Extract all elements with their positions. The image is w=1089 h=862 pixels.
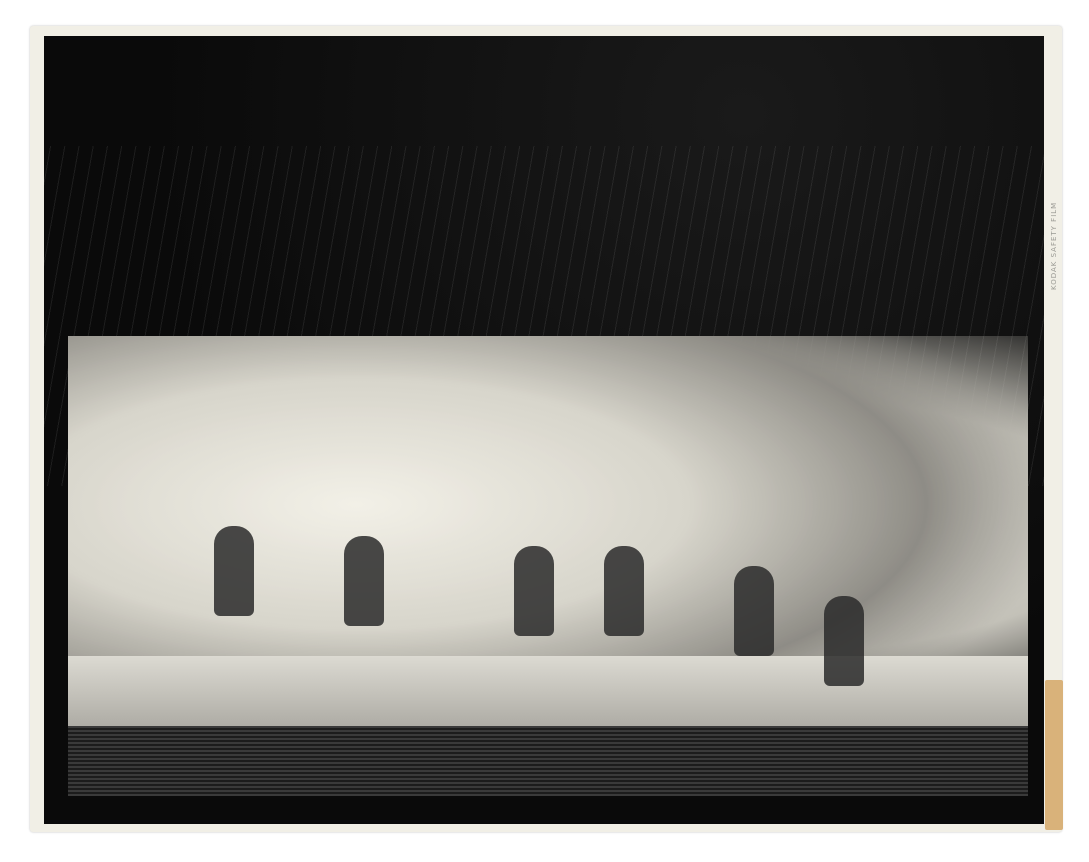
person-figure — [824, 596, 864, 686]
person-figure — [514, 546, 554, 636]
ground-strip — [68, 726, 1028, 796]
negative-image-frame — [44, 36, 1044, 824]
film-edge-marking: KODAK SAFETY FILM — [1050, 170, 1066, 290]
person-figure — [734, 566, 774, 656]
tape-strip — [1045, 680, 1063, 830]
person-figure — [214, 526, 254, 616]
foreground-snow — [68, 656, 1028, 736]
person-figure — [604, 546, 644, 636]
person-figure — [344, 536, 384, 626]
